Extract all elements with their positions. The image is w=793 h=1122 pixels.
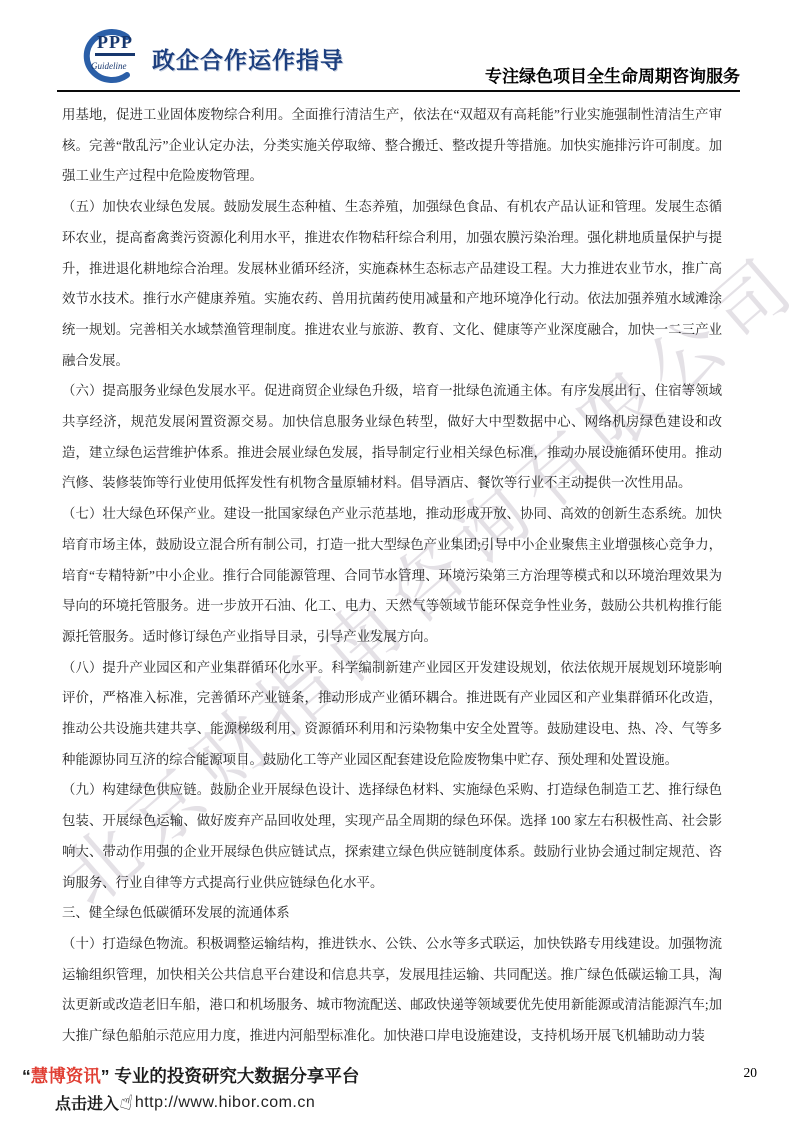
header-tagline: 专注绿色项目全生命周期咨询服务 xyxy=(485,62,740,87)
body-paragraph: （十）打造绿色物流。积极调整运输结构，推进铁水、公铁、公水等多式联运，加快铁路专… xyxy=(62,929,722,1052)
quote-open: “ xyxy=(22,1066,31,1086)
body-paragraph: （七）壮大绿色环保产业。建设一批国家绿色产业示范基地，推动形成开放、协同、高效的… xyxy=(62,499,722,653)
brand-title: 政企合作运作指导 xyxy=(152,42,344,75)
body-paragraph: （六）提高服务业绿色发展水平。促进商贸企业绿色升级，培育一批绿色流通主体。有序发… xyxy=(62,376,722,499)
header-divider xyxy=(57,90,740,92)
body-paragraph: （八）提升产业园区和产业集群循环化水平。科学编制新建产业园区开发建设规划，依法依… xyxy=(62,653,722,776)
logo-guideline-text: Guideline xyxy=(91,61,127,71)
body-paragraph: （九）构建绿色供应链。鼓励企业开展绿色设计、选择绿色材料、实施绿色采购、打造绿色… xyxy=(62,775,722,898)
body-paragraph: 用基地，促进工业固体废物综合利用。全面推行清洁生产，依法在“双超双有高耗能”行业… xyxy=(62,100,722,192)
footer-brand-line: “慧博资讯” 专业的投资研究大数据分享平台 xyxy=(22,1063,359,1088)
hand-pointer-icon: ☝ xyxy=(118,1091,135,1114)
quote-close: ” xyxy=(101,1066,110,1086)
footer-brand-tagline: 专业的投资研究大数据分享平台 xyxy=(110,1066,360,1086)
footer-brand-name: 慧博资讯 xyxy=(31,1066,101,1086)
document-page: 北京财指南咨询有限公司 PPP Guideline 政企合作运作指导 专注绿色项… xyxy=(0,0,793,1122)
body-paragraph: （五）加快农业绿色发展。鼓励发展生态种植、生态养殖，加强绿色食品、有机农产品认证… xyxy=(62,192,722,376)
document-body: 用基地，促进工业固体废物综合利用。全面推行清洁生产，依法在“双超双有高耗能”行业… xyxy=(62,100,722,1058)
footer-link-line: 点击进入☝http://www.hibor.com.cn xyxy=(55,1091,315,1114)
site-url-link[interactable]: http://www.hibor.com.cn xyxy=(135,1094,315,1112)
ppp-logo: PPP Guideline xyxy=(75,28,153,84)
section-heading: 三、健全绿色低碳循环发展的流通体系 xyxy=(62,898,722,929)
page-number: 20 xyxy=(744,1065,758,1081)
logo-ppp-text: PPP xyxy=(95,33,135,56)
click-enter-label[interactable]: 点击进入 xyxy=(55,1091,119,1114)
